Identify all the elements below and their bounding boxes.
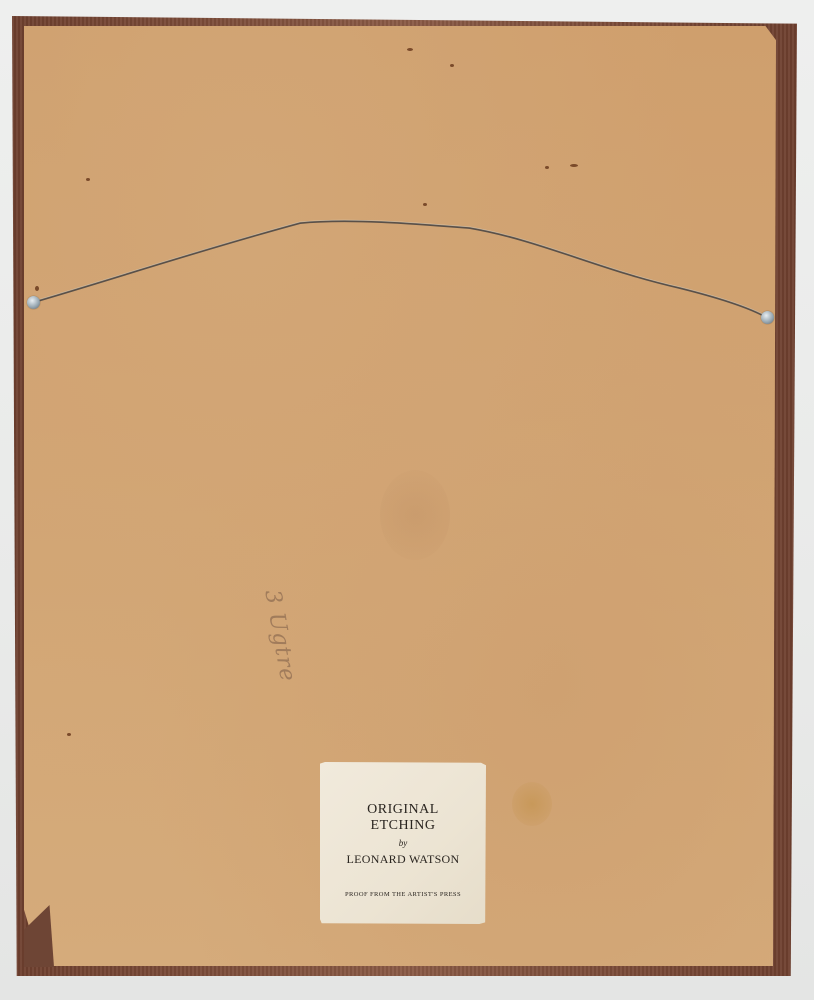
spot	[570, 164, 578, 167]
spot	[423, 203, 427, 206]
artist-label: ORIGINAL ETCHING by LEONARD WATSON PROOF…	[320, 762, 486, 924]
right-screw	[761, 311, 774, 324]
label-by: by	[320, 838, 486, 848]
spot	[407, 48, 413, 51]
spot	[86, 178, 90, 181]
label-title-line1: ORIGINAL	[320, 802, 486, 817]
left-screw	[27, 296, 40, 309]
water-stain	[512, 782, 552, 826]
spot	[67, 733, 71, 736]
label-artist: LEONARD WATSON	[320, 852, 486, 867]
label-footer: PROOF FROM THE ARTIST'S PRESS	[320, 891, 486, 898]
spot	[450, 64, 454, 67]
spot	[35, 286, 39, 291]
spot	[545, 166, 549, 169]
water-stain	[380, 470, 450, 560]
label-title-line2: ETCHING	[320, 818, 486, 833]
